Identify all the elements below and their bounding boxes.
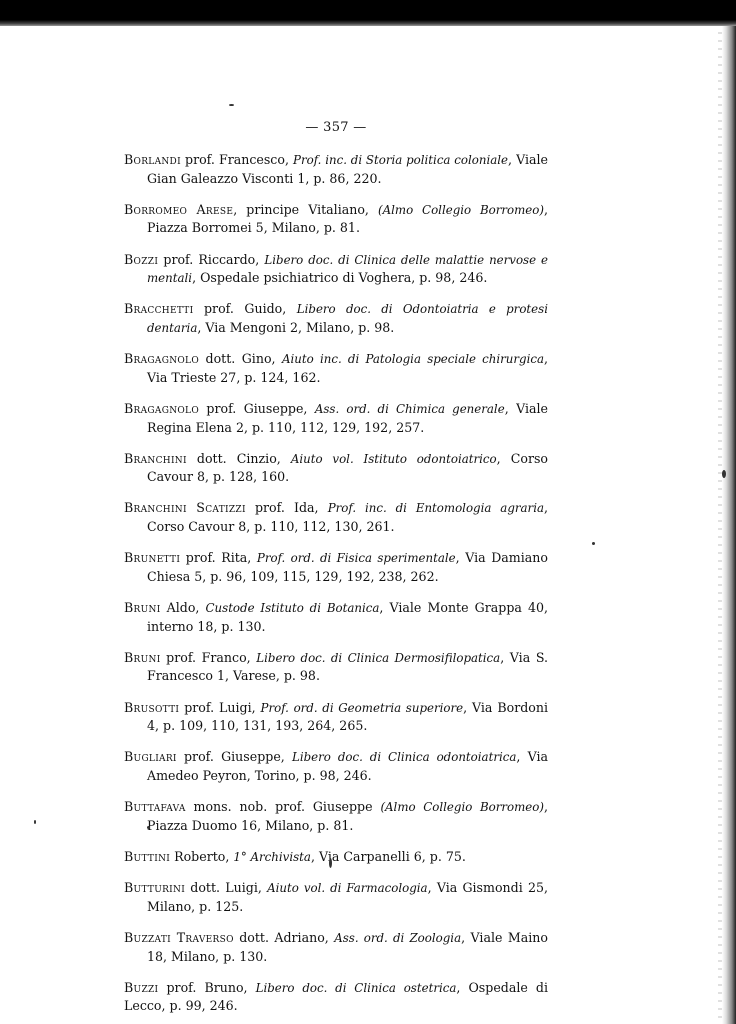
entry-title-name: prof. Guido, <box>193 301 296 316</box>
entry-position: Libero doc. di Clinica ostetrica <box>256 981 457 995</box>
directory-entry: Buttafava mons. nob. prof. Giuseppe (Alm… <box>124 798 548 835</box>
directory-entry: Brusotti prof. Luigi, Prof. ord. di Geom… <box>124 699 548 736</box>
entry-title-name: prof. Giuseppe, <box>177 749 292 764</box>
directory-entry: Bozzi prof. Riccardo, Libero doc. di Cli… <box>124 251 548 288</box>
entry-title-name: Aldo, <box>161 600 206 615</box>
entry-title-name: dott. Adriano, <box>234 930 334 945</box>
entry-position: Prof. inc. di Entomologia agraria <box>328 501 544 515</box>
scan-right-edge <box>722 26 736 1024</box>
entry-surname: Bozzi <box>124 252 158 267</box>
entry-surname: Bragagnolo <box>124 401 199 416</box>
entry-position: Libero doc. di Clinica Dermosifilopatica <box>256 651 500 665</box>
entry-position: Ass. ord. di Zoologia <box>334 931 461 945</box>
entry-title-name: dott. Cinzio, <box>187 451 291 466</box>
entry-position: Custode Istituto di Botanica <box>206 601 380 615</box>
directory-entry: Butturini dott. Luigi, Aiuto vol. di Far… <box>124 879 548 916</box>
directory-entry: Bragagnolo prof. Giuseppe, Ass. ord. di … <box>124 400 548 437</box>
entry-address-pages: , Ospedale psichiatrico di Voghera, p. 9… <box>192 270 487 285</box>
scan-speck <box>147 826 150 829</box>
entry-surname: Borlandi <box>124 152 181 167</box>
entry-position: Aiuto vol. di Farmacologia <box>267 881 427 895</box>
entry-surname: Bugliari <box>124 749 177 764</box>
directory-entry: Buzzati Traverso dott. Adriano, Ass. ord… <box>124 929 548 966</box>
entry-position: (Almo Collegio Borromeo) <box>380 800 544 814</box>
entry-position: Prof. ord. di Geometria superiore <box>261 701 464 715</box>
entry-surname: Borromeo Arese <box>124 202 233 217</box>
directory-entry: Borromeo Arese, principe Vitaliano, (Alm… <box>124 201 548 238</box>
entry-surname: Branchini <box>124 451 187 466</box>
entry-position: 1° Archivista <box>233 850 311 864</box>
entry-surname: Brusotti <box>124 700 179 715</box>
scan-speck <box>34 820 36 824</box>
scan-speck <box>229 104 234 106</box>
entry-title-name: mons. nob. prof. Giuseppe <box>186 799 381 814</box>
entry-surname: Bracchetti <box>124 301 193 316</box>
scan-top-border <box>0 0 736 26</box>
entry-surname: Bragagnolo <box>124 351 199 366</box>
scan-speck <box>722 470 726 478</box>
directory-entry: Brunetti prof. Rita, Prof. ord. di Fisic… <box>124 549 548 586</box>
directory-entry: Bracchetti prof. Guido, Libero doc. di O… <box>124 300 548 337</box>
directory-entries: Borlandi prof. Francesco, Prof. inc. di … <box>124 151 548 1016</box>
directory-entry: Branchini dott. Cinzio, Aiuto vol. Istit… <box>124 450 548 487</box>
entry-title-name: prof. Luigi, <box>179 700 260 715</box>
scan-speck <box>592 542 595 545</box>
entry-title-name: , principe Vitaliano, <box>233 202 378 217</box>
entry-surname: Bruni <box>124 600 161 615</box>
entry-position: Prof. inc. di Storia politica coloniale <box>293 153 508 167</box>
directory-entry: Buttini Roberto, 1° Archivista, Via Carp… <box>124 848 548 867</box>
entry-address-pages: , Via Mengoni 2, Milano, p. 98. <box>197 320 394 335</box>
directory-entry: Branchini Scatizzi prof. Ida, Prof. inc.… <box>124 499 548 536</box>
entry-title-name: Roberto, <box>170 849 233 864</box>
entry-surname: Bruni <box>124 650 161 665</box>
page-number: — 357 — <box>124 120 548 135</box>
entry-surname: Branchini Scatizzi <box>124 500 246 515</box>
entry-title-name: prof. Giuseppe, <box>199 401 315 416</box>
entry-title-name: prof. Ida, <box>246 500 328 515</box>
entry-surname: Buttafava <box>124 799 186 814</box>
directory-entry: Bragagnolo dott. Gino, Aiuto inc. di Pat… <box>124 350 548 387</box>
entry-title-name: prof. Francesco, <box>181 152 293 167</box>
entry-position: Libero doc. di Clinica odontoiatrica <box>292 750 516 764</box>
entry-position: (Almo Collegio Borromeo) <box>378 203 544 217</box>
entry-surname: Butturini <box>124 880 185 895</box>
document-page: — 357 — Borlandi prof. Francesco, Prof. … <box>124 120 548 1017</box>
entry-title-name: prof. Rita, <box>180 550 257 565</box>
entry-position: Aiuto vol. Istituto odontoiatrico <box>291 452 497 466</box>
directory-entry: Bruni Aldo, Custode Istituto di Botanica… <box>124 599 548 636</box>
entry-title-name: prof. Riccardo, <box>158 252 264 267</box>
directory-entry: Borlandi prof. Francesco, Prof. inc. di … <box>124 151 548 188</box>
entry-title-name: prof. Franco, <box>161 650 257 665</box>
entry-title-name: prof. Bruno, <box>158 980 255 995</box>
entry-address-pages: , Via Carpanelli 6, p. 75. <box>311 849 466 864</box>
entry-surname: Buzzati Traverso <box>124 930 234 945</box>
entry-position: Ass. ord. di Chimica generale <box>315 402 505 416</box>
entry-title-name: dott. Gino, <box>199 351 282 366</box>
entry-position: Prof. ord. di Fisica sperimentale <box>257 551 456 565</box>
entry-title-name: dott. Luigi, <box>185 880 267 895</box>
entry-surname: Brunetti <box>124 550 180 565</box>
entry-position: Aiuto inc. di Patologia speciale chirurg… <box>282 352 544 366</box>
entry-surname: Buzzi <box>124 980 158 995</box>
directory-entry: Bugliari prof. Giuseppe, Libero doc. di … <box>124 748 548 785</box>
directory-entry: Bruni prof. Franco, Libero doc. di Clini… <box>124 649 548 686</box>
directory-entry: Buzzi prof. Bruno, Libero doc. di Clinic… <box>124 979 548 1016</box>
scan-speck <box>329 858 332 868</box>
entry-surname: Buttini <box>124 849 170 864</box>
